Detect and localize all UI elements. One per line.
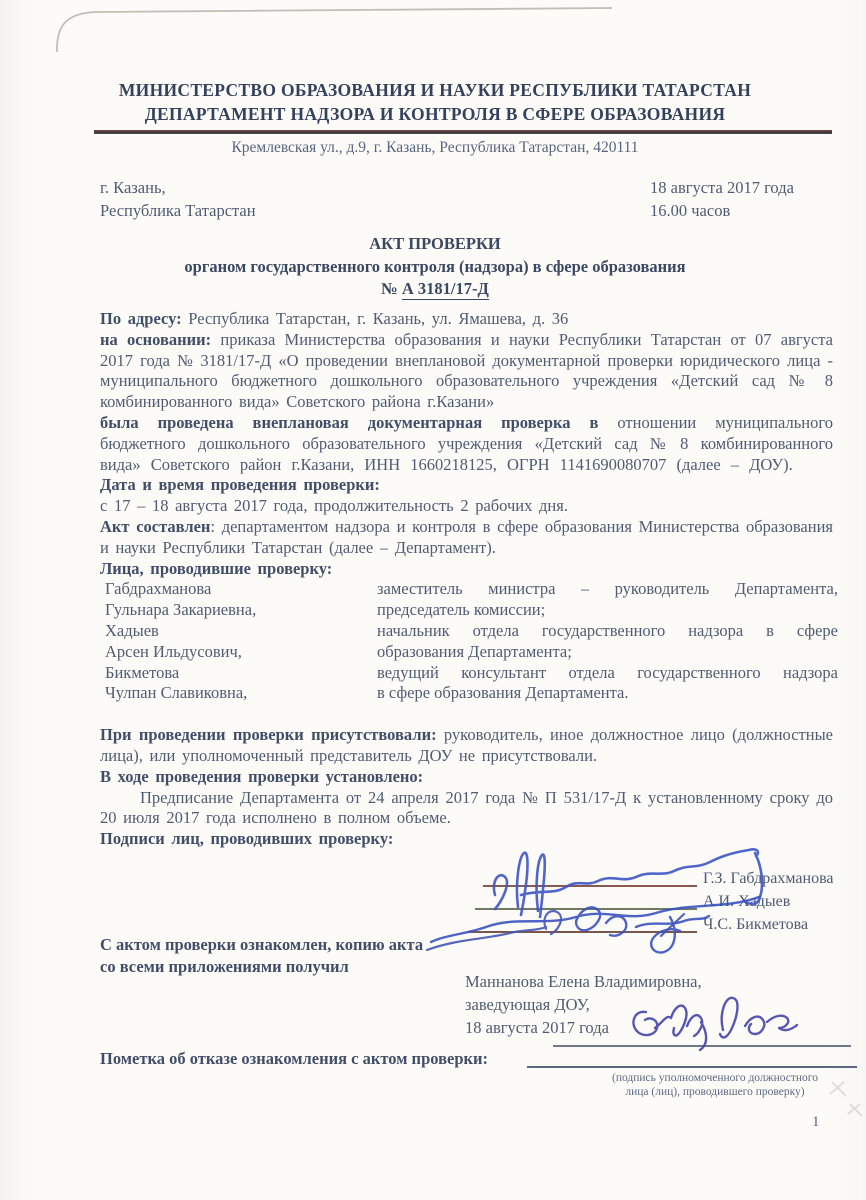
datetime-block: 18 августа 2017 года 16.00 часов (650, 176, 794, 222)
document-number-prefix: № (381, 279, 402, 298)
signature-caption-line2: лица (лиц), проводившего проверку) (565, 1085, 865, 1099)
address-value: Республика Татарстан, г. Казань, ул. Яма… (182, 309, 569, 328)
drafted-value: : департаментом надзора и контроля в сфе… (100, 517, 833, 557)
document-body: По адресу: Республика Татарстан, г. Каза… (100, 309, 833, 850)
inspector-name-cell: Габдрахманова (105, 579, 377, 600)
paragraph-datetime-value: с 17 – 18 августа 2017 года, продолжител… (100, 496, 833, 517)
signature-line-1 (483, 885, 697, 887)
inspector-signature-name-1: Г.З. Габдрахманова (703, 870, 834, 888)
inspector-signature-name-2: А.И. Хадыев (703, 893, 790, 911)
letterhead-address: Кремлевская ул., д.9, г. Казань, Республ… (40, 139, 830, 157)
letterhead-line2: ДЕПАРТАМЕНТ НАДЗОРА И КОНТРОЛЯ В СФЕРЕ О… (40, 102, 830, 126)
recipient-block: Маннанова Елена Владимировна, заведующая… (465, 970, 702, 1039)
acknowledgment-statement: С актом проверки ознакомлен, копию акта … (100, 934, 423, 978)
inspector-name-cell: Хадыев (105, 621, 377, 642)
recipient-signature-line (553, 1045, 851, 1047)
inspector-role-cell: председатель комиссии; (377, 600, 838, 621)
paper-edge-artifact (0, 0, 866, 70)
address-label: По адресу: (100, 309, 182, 328)
document-number: А 3181/17-Д (402, 279, 489, 300)
paragraph-drafted: Акт составлен: департаментом надзора и к… (100, 517, 833, 559)
place-block: г. Казань, Республика Татарстан (100, 176, 256, 222)
inspector-role-cell: начальник отдела государственного надзор… (377, 621, 838, 642)
inspector-name-cell: Чулпан Славиковна, (105, 683, 377, 704)
signature-caption: (подпись уполномоченного должностного ли… (565, 1071, 865, 1099)
paragraph-address: По адресу: Республика Татарстан, г. Каза… (100, 309, 833, 330)
recipient-name: Маннанова Елена Владимировна, (465, 970, 702, 993)
inspector-role-cell: образования Департамента; (377, 642, 838, 663)
inspector-role-cell: ведущий консультант отдела государственн… (377, 663, 838, 684)
inspector-signature-name-3: Ч.С. Бикметова (703, 916, 808, 934)
inspector-role-cell: заместитель министра – руководитель Депа… (377, 579, 838, 600)
acknowledgment-line1: С актом проверки ознакомлен, копию акта (100, 934, 423, 956)
date-line: 18 августа 2017 года (650, 176, 794, 199)
basis-label: на основании: (100, 330, 211, 349)
refusal-signature-line (527, 1066, 857, 1068)
document-title: АКТ ПРОВЕРКИ органом государственного ко… (40, 233, 830, 301)
conducted-label: была проведена внеплановая документарная… (100, 413, 598, 432)
present-label: При проведении проверки присутствовали: (100, 725, 437, 744)
paragraph-signatures-label: Подписи лиц, проводивших проверку: (100, 829, 833, 850)
letterhead-line1: МИНИСТЕРСТВО ОБРАЗОВАНИЯ И НАУКИ РЕСПУБЛ… (40, 78, 830, 102)
signature-caption-line1: (подпись уполномоченного должностного (565, 1071, 865, 1085)
paragraph-present: При проведении проверки присутствовали: … (100, 725, 833, 767)
place-line2: Республика Татарстан (100, 199, 256, 222)
inspector-role-cell: в сфере образования Департамента. (377, 683, 838, 704)
recipient-role: заведующая ДОУ, (465, 993, 702, 1016)
inspector-name-cell: Гульнара Закариевна, (105, 600, 377, 621)
place-line1: г. Казань, (100, 176, 256, 199)
inspector-name-cell: Арсен Ильдусович, (105, 642, 377, 663)
title-line2: органом государственного контроля (надзо… (40, 256, 830, 279)
letterhead-rule (94, 130, 832, 134)
inspectors-table: Габдрахманова заместитель министра – рук… (105, 579, 833, 704)
document-number-line: № А 3181/17-Д (40, 278, 830, 301)
page-number: 1 (812, 1114, 820, 1131)
refusal-label: Пометка об отказе ознакомления с актом п… (100, 1049, 488, 1069)
drafted-label: Акт составлен (100, 517, 210, 536)
inspector-name-cell: Бикметова (105, 663, 377, 684)
paragraph-conducted: была проведена внеплановая документарная… (100, 413, 833, 475)
letterhead: МИНИСТЕРСТВО ОБРАЗОВАНИЯ И НАУКИ РЕСПУБЛ… (40, 78, 830, 126)
spacer (100, 704, 833, 725)
paragraph-findings-label: В ходе проведения проверки установлено: (100, 767, 833, 788)
time-line: 16.00 часов (650, 199, 794, 222)
scanned-document-page: МИНИСТЕРСТВО ОБРАЗОВАНИЯ И НАУКИ РЕСПУБЛ… (0, 0, 866, 1200)
paragraph-datetime-label: Дата и время проведения проверки: (100, 475, 833, 496)
paragraph-findings-value: Предписание Департамента от 24 апреля 20… (100, 788, 833, 830)
title-line1: АКТ ПРОВЕРКИ (40, 233, 830, 256)
recipient-date: 18 августа 2017 года (465, 1016, 702, 1039)
signature-line-2 (475, 908, 697, 910)
acknowledgment-line2: со всеми приложениями получил (100, 956, 423, 978)
signature-line-3 (468, 931, 697, 933)
paragraph-persons-label: Лица, проводившие проверку: (100, 559, 833, 580)
paragraph-basis: на основании: приказа Министерства образ… (100, 330, 833, 413)
